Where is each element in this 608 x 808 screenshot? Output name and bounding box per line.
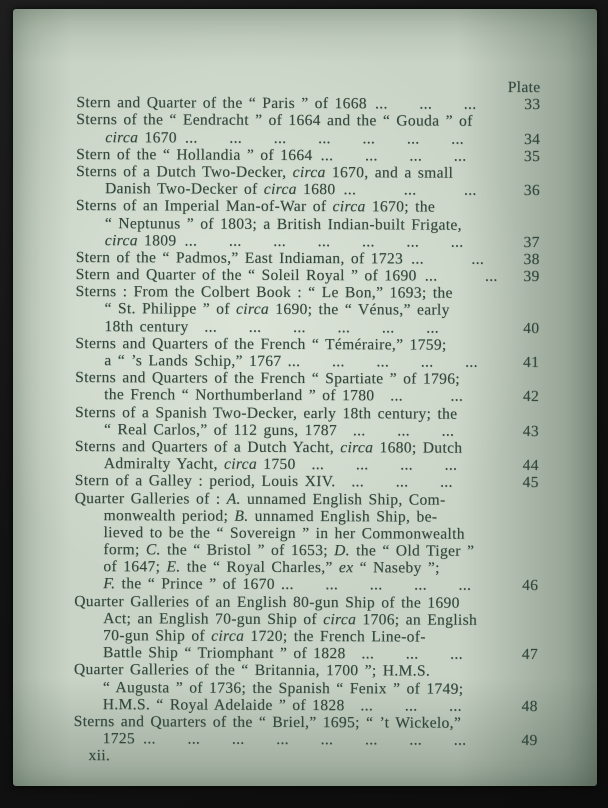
toc-entry: Stern and Quarter of the “ Paris ” of 16… [76,94,542,113]
plate-number: 33 [524,96,540,113]
plate-number: 38 [523,251,539,268]
plate-number: 43 [523,423,539,440]
toc-line: 1725 ... ... ... ... ... ... ... ... [74,730,540,749]
toc-entry: Sterns and Quarters of the French “ Spar… [75,369,541,405]
toc-line: “ Real Carlos,” of 112 guns, 1787 ... ..… [75,421,541,440]
toc-line: “ Augusta ” of 1736; the Spanish “ Fenix… [74,679,540,698]
toc-entry: Quarter Galleries of an English 80-gun S… [74,593,540,664]
toc-line: Sterns of the “ Eendracht ” of 1664 and … [76,111,542,130]
toc-entry: Sterns of a Spanish Two-Decker, early 18… [75,404,541,440]
plate-number: 46 [522,577,538,594]
toc-entry: Sterns and Quarters of the “ Briel,” 169… [74,713,540,749]
plate-column-header: Plate [76,77,542,96]
plate-list: Stern and Quarter of the “ Paris ” of 16… [74,94,543,749]
toc-line: Stern of the “ Padmos,” East Indiaman, o… [76,249,542,268]
toc-line: Stern of a Galley : period, Louis XIV. .… [75,472,541,491]
plate-number: 35 [524,148,540,165]
toc-entry: Quarter Galleries of : A. unnamed Englis… [74,489,540,594]
toc-line: form; C. the “ Bristol ” of 1653; D. the… [74,541,540,560]
toc-line: Act; an English 70-gun Ship of circa 170… [74,610,540,629]
plate-number: 49 [521,732,537,749]
toc-line: Battle Ship “ Triomphant ” of 1828 ... .… [74,644,540,663]
plate-number: 37 [524,234,540,251]
toc-line: the French “ Northumberland ” of 1780 ..… [75,386,541,405]
plate-number: 34 [524,131,540,148]
plate-number: 47 [522,646,538,663]
toc-entry: Sterns of the “ Eendracht ” of 1664 and … [76,111,542,147]
toc-line: Stern and Quarter of the “ Soleil Royal … [76,266,542,285]
page-folio: xii. [74,747,540,766]
toc-line: Sterns and Quarters of the “ Briel,” 169… [74,713,540,732]
toc-line: a “ ’s Lands Schip,” 1767 ... ... ... ..… [75,352,541,371]
plate-number: 39 [523,268,539,285]
toc-entry: Sterns and Quarters of the French “ Témé… [75,335,541,371]
toc-line: Admiralty Yacht, circa 1750 ... ... ... … [75,455,541,474]
toc-line: 70-gun Ship of circa 1720; the French Li… [74,627,540,646]
toc-line: F. the “ Prince ” of 1670 ... ... ... ..… [74,575,540,594]
toc-entry: Stern of the “ Hollandia ” of 1664 ... .… [76,146,542,165]
toc-line: H.M.S. “ Royal Adelaide ” of 1828 ... ..… [74,696,540,715]
toc-line: lieved to be the “ Sovereign ” in her Co… [74,524,540,543]
toc-entry: Stern of the “ Padmos,” East Indiaman, o… [76,249,542,268]
toc-line: Danish Two-Decker of circa 1680 ... ... … [76,180,542,199]
toc-line: “ St. Philippe ” of circa 1690; the “ Vé… [75,300,541,319]
toc-entry: Quarter Galleries of the “ Britannia, 17… [74,661,540,715]
toc-line: Sterns : From the Colbert Book : “ Le Bo… [76,283,542,302]
toc-line: Stern of the “ Hollandia ” of 1664 ... .… [76,146,542,165]
toc-entry: Stern of a Galley : period, Louis XIV. .… [75,472,541,491]
plate-number: 40 [523,320,539,337]
plate-number: 45 [522,474,538,491]
plate-number: 36 [524,182,540,199]
toc-line: Sterns of an Imperial Man-of-War of circ… [76,197,542,216]
plate-number: 41 [523,354,539,371]
toc-line: Sterns and Quarters of a Dutch Yacht, ci… [75,438,541,457]
toc-entry: Sterns : From the Colbert Book : “ Le Bo… [75,283,541,337]
toc-line: monwealth period; B. unnamed English Shi… [75,507,541,526]
toc-line: Sterns and Quarters of the French “ Spar… [75,369,541,388]
toc-line: 18th century ... ... ... ... ... ... [75,318,541,337]
toc-line: Quarter Galleries of an English 80-gun S… [74,593,540,612]
plate-number: 48 [522,698,538,715]
plate-number: 42 [523,388,539,405]
plate-number: 44 [523,457,539,474]
toc-line: circa 1809 ... ... ... ... ... ... ... [76,232,542,251]
toc-entry: Sterns of an Imperial Man-of-War of circ… [76,197,542,251]
toc-entry: Sterns of a Dutch Two-Decker, circa 1670… [76,163,542,199]
toc-line: Stern and Quarter of the “ Paris ” of 16… [76,94,542,113]
toc-line: “ Neptunus ” of 1803; a British Indian-b… [76,214,542,233]
book-page: Plate Stern and Quarter of the “ Paris ”… [13,9,597,786]
toc-line: circa 1670 ... ... ... ... ... ... ... [76,129,542,148]
toc-entry: Sterns and Quarters of a Dutch Yacht, ci… [75,438,541,474]
toc-line: Quarter Galleries of the “ Britannia, 17… [74,661,540,680]
toc-line: Quarter Galleries of : A. unnamed Englis… [75,489,541,508]
toc-line: Sterns of a Spanish Two-Decker, early 18… [75,404,541,423]
toc-entry: Stern and Quarter of the “ Soleil Royal … [76,266,542,285]
toc-line: Sterns and Quarters of the French “ Témé… [75,335,541,354]
toc-line: of 1647; E. the “ Royal Charles,” ex “ N… [74,558,540,577]
toc-line: Sterns of a Dutch Two-Decker, circa 1670… [76,163,542,182]
list-of-plates: Plate Stern and Quarter of the “ Paris ”… [74,77,543,767]
